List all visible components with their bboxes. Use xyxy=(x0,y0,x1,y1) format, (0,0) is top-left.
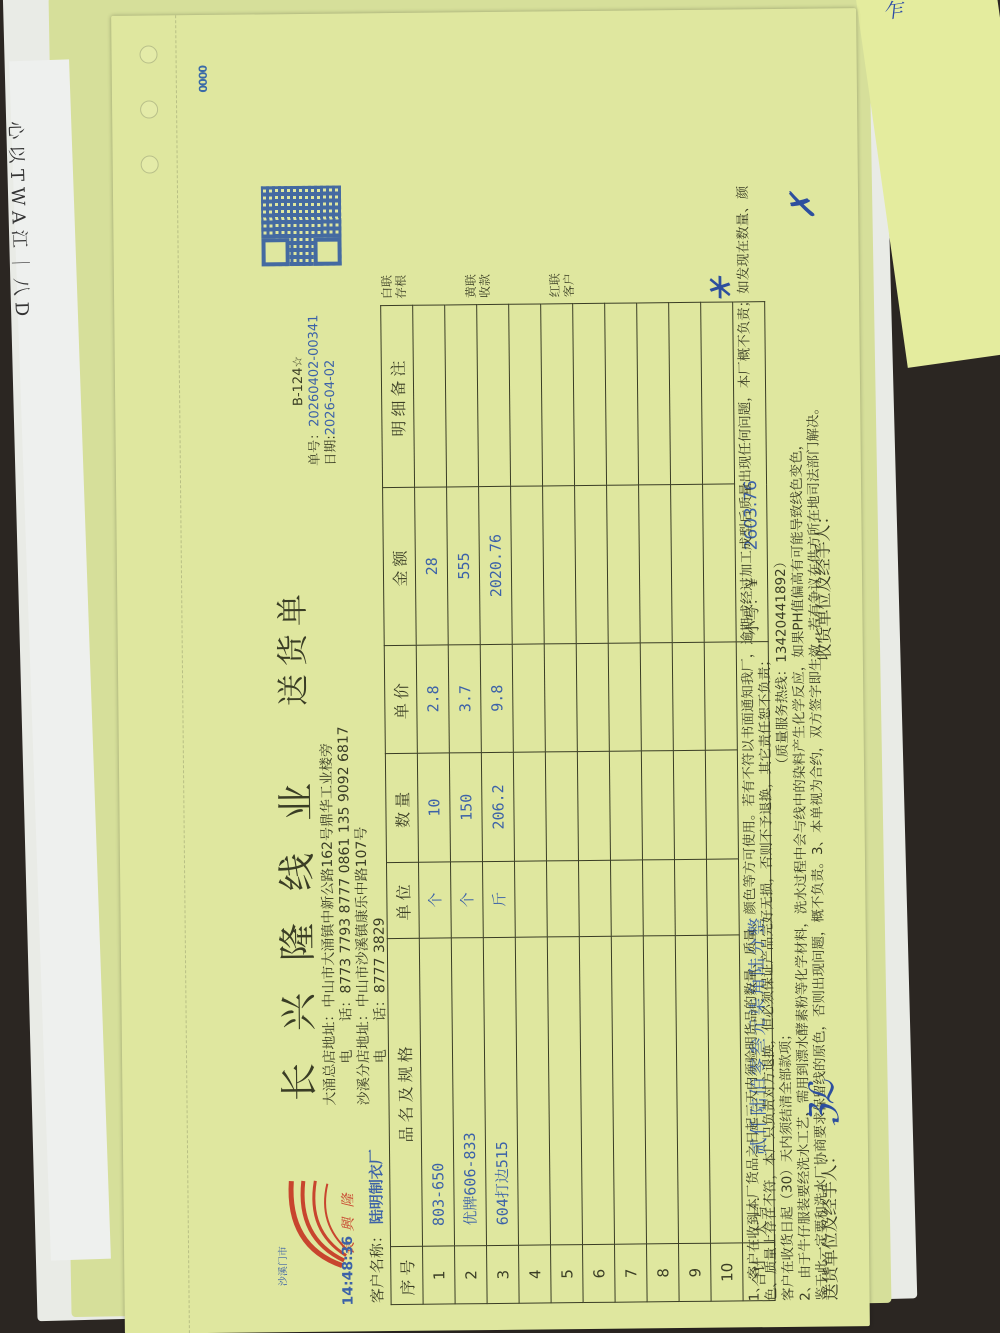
row-name xyxy=(579,936,614,1245)
checkmark-signature: ⚹ xyxy=(694,277,740,301)
row-no: 3 xyxy=(487,1246,520,1304)
address-label: 沙溪分店地址： xyxy=(356,1007,373,1105)
row-amount: 2020.76 xyxy=(479,487,513,645)
sender-signature-label: 送货单位及经手人： xyxy=(815,1147,842,1300)
row-unit xyxy=(674,860,707,935)
date-label: 日期: xyxy=(324,435,339,466)
row-unit xyxy=(546,861,579,936)
row-amount xyxy=(607,485,641,643)
address-label: 大涌总店地址： xyxy=(322,1008,339,1106)
row-note xyxy=(605,303,639,486)
header-price: 单价 xyxy=(384,645,417,753)
row-amount xyxy=(639,485,673,643)
row-unit xyxy=(514,861,547,936)
print-time: 14:48:36 xyxy=(340,1236,357,1306)
row-note xyxy=(445,305,479,488)
copy-label-red: 红联客户 xyxy=(548,267,576,297)
row-amount xyxy=(511,486,545,644)
row-price: 2.8 xyxy=(416,645,449,753)
perforation-line xyxy=(175,15,190,1333)
row-name xyxy=(707,934,742,1243)
row-no: 9 xyxy=(679,1244,712,1302)
row-price xyxy=(512,644,545,752)
row-price xyxy=(672,642,705,750)
row-unit: 个 xyxy=(419,862,452,937)
qr-code[interactable] xyxy=(261,186,342,267)
row-qty: 10 xyxy=(417,753,450,863)
header-no: 序号 xyxy=(391,1247,424,1305)
sender-handwritten-signature: ℨℒ xyxy=(802,1080,842,1126)
customer-row: 客户名称：陆明制衣厂 xyxy=(365,1149,388,1303)
address-value: 中山市大涌镇中新公路162号鼎华工业楼旁 xyxy=(319,743,338,1008)
row-amount xyxy=(543,486,577,644)
row-qty: 206.2 xyxy=(481,752,514,862)
row-name xyxy=(515,936,550,1245)
customer-name: 陆明制衣厂 xyxy=(367,1149,386,1224)
row-qty xyxy=(545,751,578,861)
row-no: 10 xyxy=(711,1243,744,1301)
row-amount xyxy=(703,484,737,642)
order-number-label: 单号： xyxy=(307,427,322,466)
doc-type-title: 送货单 xyxy=(267,586,314,706)
side-slip-signature: 乍 xyxy=(881,0,905,25)
delivery-note-sheet: 0000 沙溪门市 長興隆 14:48:36 长兴隆线业 送货单 大涌总店地址：… xyxy=(111,8,870,1333)
row-unit: 个 xyxy=(451,862,484,937)
row-price xyxy=(704,642,737,750)
row-price xyxy=(608,643,641,751)
hole xyxy=(141,155,159,173)
row-name: 优牌606-833 xyxy=(451,937,486,1246)
row-qty: 150 xyxy=(449,752,482,862)
row-no: 5 xyxy=(551,1245,584,1303)
row-note xyxy=(477,304,511,487)
row-name: 803-650 xyxy=(419,937,454,1246)
row-qty xyxy=(513,752,546,862)
row-no: 8 xyxy=(647,1244,680,1302)
hole xyxy=(139,45,157,63)
row-note xyxy=(541,304,575,487)
row-price xyxy=(544,644,577,752)
row-no: 4 xyxy=(519,1245,552,1303)
row-unit: 斤 xyxy=(482,862,515,937)
row-note xyxy=(573,303,607,486)
row-price xyxy=(640,643,673,751)
header-unit: 单位 xyxy=(387,863,420,938)
row-amount: 28 xyxy=(415,487,449,645)
row-note xyxy=(509,304,543,487)
row-price: 3.7 xyxy=(448,645,481,753)
company-title: 长兴隆线业 xyxy=(265,751,324,1102)
copy-label-yellow: 黄联收款 xyxy=(464,268,492,298)
row-name xyxy=(675,935,710,1244)
header-amount: 金额 xyxy=(383,488,417,646)
header-name: 品名及规格 xyxy=(387,938,422,1247)
row-amount xyxy=(671,485,705,643)
row-qty xyxy=(673,750,706,860)
row-note xyxy=(413,305,447,488)
address-block: 大涌总店地址：中山市大涌镇中新公路162号鼎华工业楼旁 电 话：8773 779… xyxy=(319,726,391,1106)
row-note xyxy=(701,302,735,485)
receiver-handwritten-signature: ✗ xyxy=(783,192,823,221)
document-content: 沙溪门市 長興隆 14:48:36 长兴隆线业 送货单 大涌总店地址：中山市大涌… xyxy=(253,160,845,1306)
handwritten-scribble: 心以TWA江｜八D xyxy=(3,121,43,522)
row-name: 604打边515 xyxy=(483,937,518,1246)
date-row: 日期:2026-04-02 xyxy=(322,314,340,465)
items-table: 序号 品名及规格 单位 数量 单价 金额 明细备注 1 803-650 个 10… xyxy=(380,301,775,1305)
row-price: 9.8 xyxy=(480,644,513,752)
copy-label-white: 白联存根 xyxy=(380,269,408,299)
receiver-signature-label: 收货单位及经手人： xyxy=(808,507,835,660)
row-qty xyxy=(641,750,674,860)
phone-value: 8773 7793 8777 0861 135 9092 6817 xyxy=(336,726,355,993)
address-value: 中山市沙溪镇康乐中路107号 xyxy=(354,827,372,1008)
row-note xyxy=(637,303,671,486)
row-name xyxy=(547,936,582,1245)
row-name xyxy=(611,935,646,1244)
row-unit xyxy=(642,860,675,935)
side-code: 0000 xyxy=(196,65,209,92)
order-meta: B-124☆ 单号：20260402-00341 日期:2026-04-02 xyxy=(290,314,340,466)
order-number: 20260402-00341 xyxy=(306,315,322,427)
order-number-row: 单号：20260402-00341 xyxy=(306,315,324,466)
row-no: 1 xyxy=(423,1246,456,1304)
row-qty xyxy=(577,751,610,861)
row-note xyxy=(669,302,703,485)
header-note: 明细备注 xyxy=(381,305,415,488)
row-no: 2 xyxy=(455,1246,488,1304)
form-code: B-124☆ xyxy=(290,315,308,466)
row-qty xyxy=(609,751,642,861)
row-unit xyxy=(578,861,611,936)
date-value: 2026-04-02 xyxy=(323,360,339,436)
row-no: 6 xyxy=(583,1245,616,1303)
customer-label: 客户名称： xyxy=(368,1228,387,1303)
row-amount: 555 xyxy=(447,487,481,645)
phone-label: 电 话： xyxy=(338,993,355,1063)
row-no: 7 xyxy=(615,1244,648,1302)
copy-labels: 白联存根 黄联收款 红联客户 xyxy=(380,266,632,299)
row-amount xyxy=(575,486,609,644)
row-name xyxy=(643,935,678,1244)
row-unit xyxy=(706,859,739,934)
row-price xyxy=(576,643,609,751)
header-qty: 数量 xyxy=(385,753,418,863)
row-qty xyxy=(705,750,738,860)
row-unit xyxy=(610,860,643,935)
terms-block: 1、客户在收到本厂货品之日起三天内须验明货品的数量、质量、颜色等方可使用。若有不… xyxy=(735,181,832,1302)
hole xyxy=(140,100,158,118)
